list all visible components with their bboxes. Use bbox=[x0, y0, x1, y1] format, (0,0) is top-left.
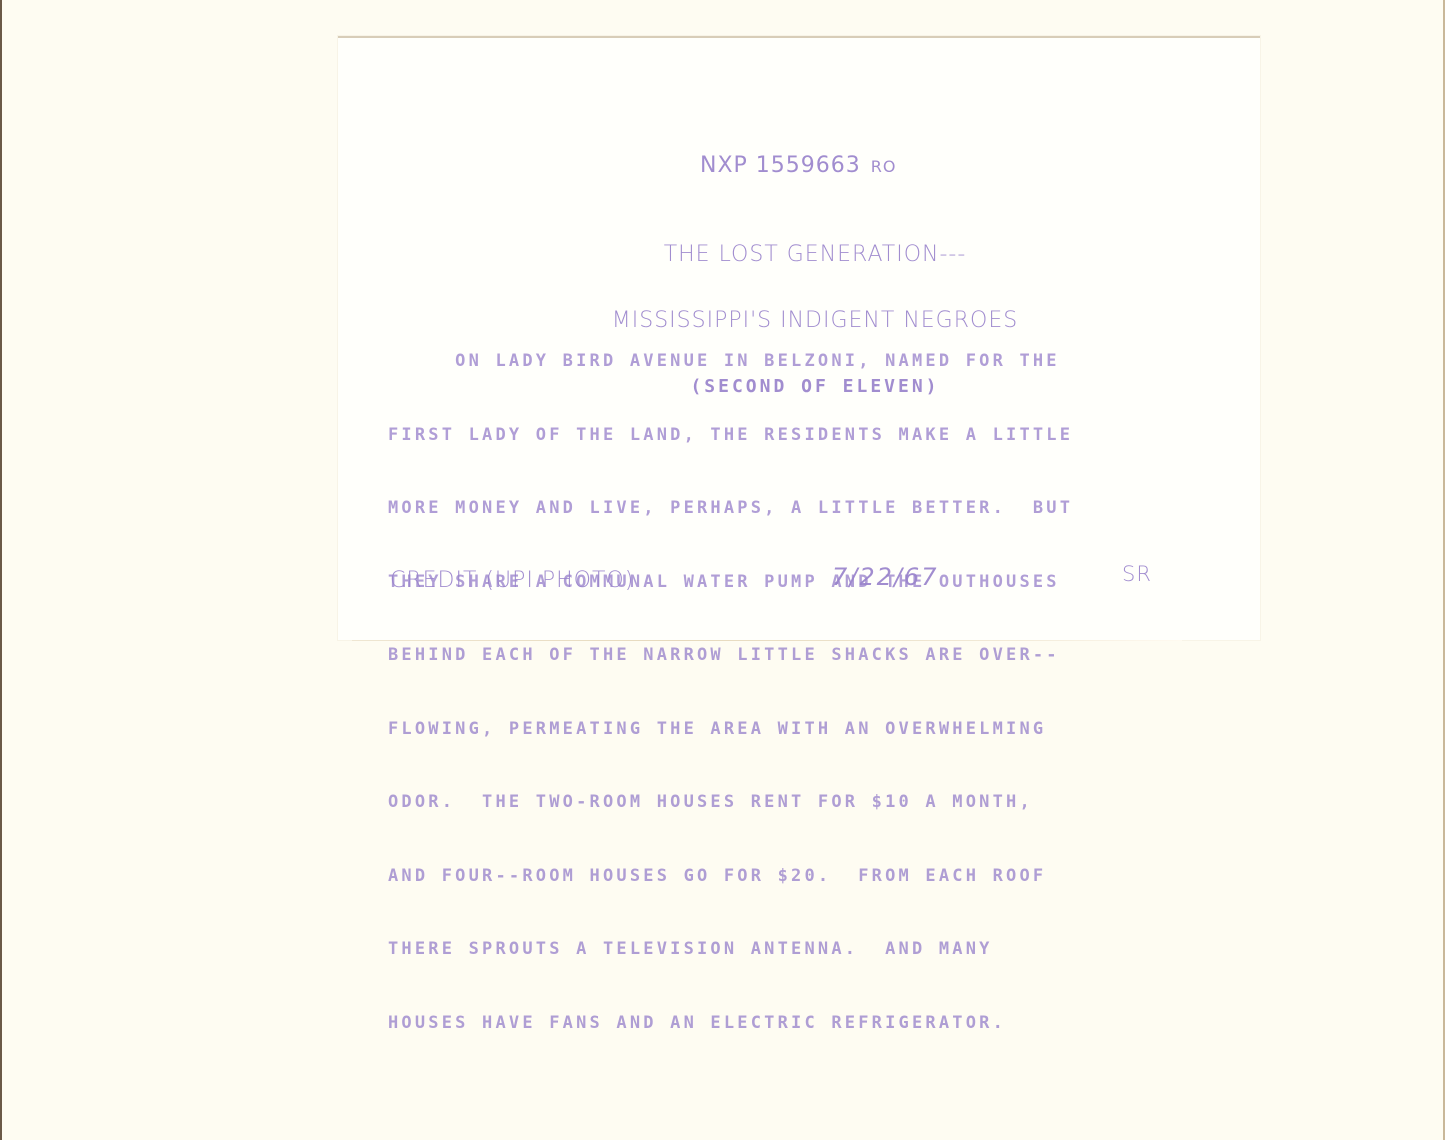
caption-line: MORE MONEY AND LIVE, PERHAPS, A LITTLE B… bbox=[388, 496, 1073, 521]
caption-line: AND FOUR--ROOM HOUSES GO FOR $20. FROM E… bbox=[388, 864, 1073, 889]
caption-line: ODOR. THE TWO-ROOM HOUSES RENT FOR $10 A… bbox=[388, 790, 1073, 815]
photo-credit: CREDIT (UPI PHOTO) bbox=[390, 568, 634, 593]
photo-id-code: NXP 1559663 bbox=[700, 153, 861, 178]
caption-line: BEHIND EACH OF THE NARROW LITTLE SHACKS … bbox=[388, 643, 1073, 668]
caption-line: THERE SPROUTS A TELEVISION ANTENNA. AND … bbox=[388, 937, 1073, 962]
caption-body: ON LADY BIRD AVENUE IN BELZONI, NAMED FO… bbox=[388, 300, 1073, 1060]
caption-line: FLOWING, PERMEATING THE AREA WITH AN OVE… bbox=[388, 717, 1073, 742]
photo-left-edge bbox=[0, 0, 2, 1140]
caption-line: ON LADY BIRD AVENUE IN BELZONI, NAMED FO… bbox=[388, 349, 1073, 374]
ink-speck bbox=[1038, 580, 1040, 582]
photo-id-stamp: NXP 1559663RO bbox=[700, 153, 897, 178]
caption-line: FIRST LADY OF THE LAND, THE RESIDENTS MA… bbox=[388, 423, 1073, 448]
photo-date: 7/22/67 bbox=[832, 563, 939, 591]
headline-line-1: THE LOST GENERATION--- bbox=[560, 244, 1070, 266]
caption-line: HOUSES HAVE FANS AND AN ELECTRIC REFRIGE… bbox=[388, 1011, 1073, 1036]
editor-initials: SR bbox=[1122, 562, 1152, 586]
photo-id-suffix: RO bbox=[871, 157, 897, 176]
